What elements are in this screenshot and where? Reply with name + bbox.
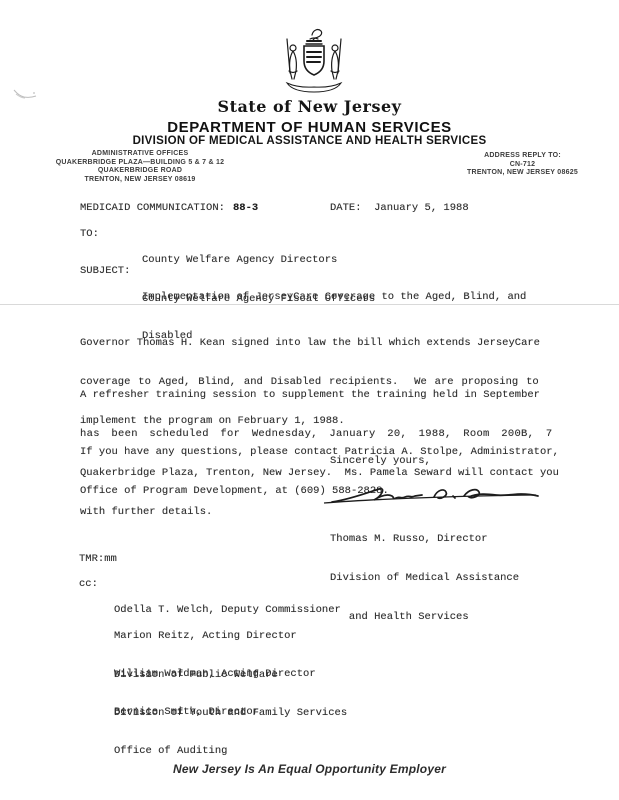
cc-line: Office of Auditing — [114, 745, 259, 758]
reply-address-line: CN-712 — [440, 161, 605, 170]
cc-line: Bernice Smith, Director — [114, 706, 259, 719]
administrative-offices-address: ADMINISTRATIVE OFFICES QUAKERBRIDGE PLAZ… — [30, 150, 250, 184]
body-line: A refresher training session to suppleme… — [80, 389, 559, 402]
typist-initials: TMR:mm — [79, 553, 117, 566]
header-separator-rule — [0, 304, 619, 305]
cc-label: cc: — [79, 578, 98, 591]
admin-address-line: QUAKERBRIDGE PLAZA—BUILDING 5 & 7 & 12 — [30, 159, 250, 168]
admin-address-line: QUAKERBRIDGE ROAD — [30, 167, 250, 176]
reply-address-line: ADDRESS REPLY TO: — [440, 152, 605, 161]
signer-name-title: Thomas M. Russo, Director — [330, 533, 519, 546]
signer-block: Thomas M. Russo, Director Division of Me… — [330, 507, 519, 650]
reply-address: ADDRESS REPLY TO: CN-712 TRENTON, NEW JE… — [440, 152, 605, 178]
subject-label: SUBJECT: — [80, 265, 130, 278]
document-page: State of New Jersey DEPARTMENT OF HUMAN … — [0, 0, 619, 800]
equal-opportunity-footer: New Jersey Is An Equal Opportunity Emplo… — [0, 762, 619, 776]
salutation: Sincerely yours, — [330, 455, 431, 468]
body-line: If you have any questions, please contac… — [80, 446, 559, 459]
nj-state-seal-icon — [281, 26, 347, 96]
signer-division-cont: and Health Services — [330, 611, 519, 624]
date-line: DATE: January 5, 1988 — [330, 202, 469, 215]
body-line: Governor Thomas H. Kean signed into law … — [80, 337, 540, 350]
subject-line: Implementation of JerseyCare Coverage to… — [142, 291, 526, 304]
division-title: DIVISION OF MEDICAL ASSISTANCE AND HEALT… — [0, 135, 619, 147]
department-title: DEPARTMENT OF HUMAN SERVICES — [0, 119, 619, 136]
medicaid-communication-label: MEDICAID COMMUNICATION: — [80, 202, 225, 215]
communication-number: 88-3 — [233, 202, 258, 215]
reply-address-line: TRENTON, NEW JERSEY 08625 — [440, 169, 605, 178]
to-label: TO: — [80, 228, 99, 241]
admin-address-line: ADMINISTRATIVE OFFICES — [30, 150, 250, 159]
signer-division: Division of Medical Assistance — [330, 572, 519, 585]
admin-address-line: TRENTON, NEW JERSEY 08619 — [30, 176, 250, 185]
state-title: State of New Jersey — [0, 97, 619, 116]
